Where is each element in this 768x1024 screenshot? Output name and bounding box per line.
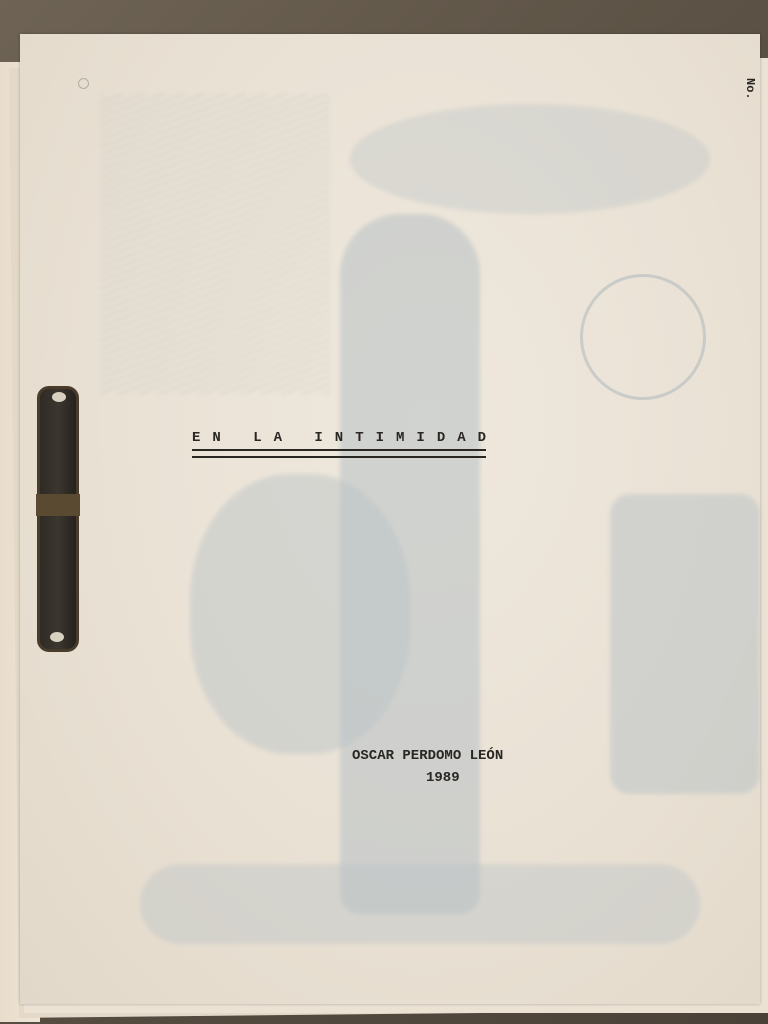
ghost-illustration-base xyxy=(140,864,700,944)
punch-hole xyxy=(78,78,89,89)
fastener-clip xyxy=(36,494,80,516)
document-title: EN LA INTIMIDAD xyxy=(192,430,498,446)
ghost-illustration-head xyxy=(350,104,710,214)
binder-fastener-icon xyxy=(37,386,79,652)
fastener-hole xyxy=(50,632,64,642)
ghost-illustration-machine xyxy=(610,494,760,794)
title-underline xyxy=(192,449,486,458)
ghost-typed-text xyxy=(100,94,330,394)
document-year: 1989 xyxy=(426,770,460,786)
ghost-illustration-body xyxy=(190,474,410,754)
document-author: OSCAR PERDOMO LEÓN xyxy=(352,748,503,764)
cover-page xyxy=(20,34,760,1004)
ghost-neuron-icon xyxy=(580,274,706,400)
corner-number-label: No. xyxy=(743,78,757,100)
fastener-hole xyxy=(52,392,66,402)
